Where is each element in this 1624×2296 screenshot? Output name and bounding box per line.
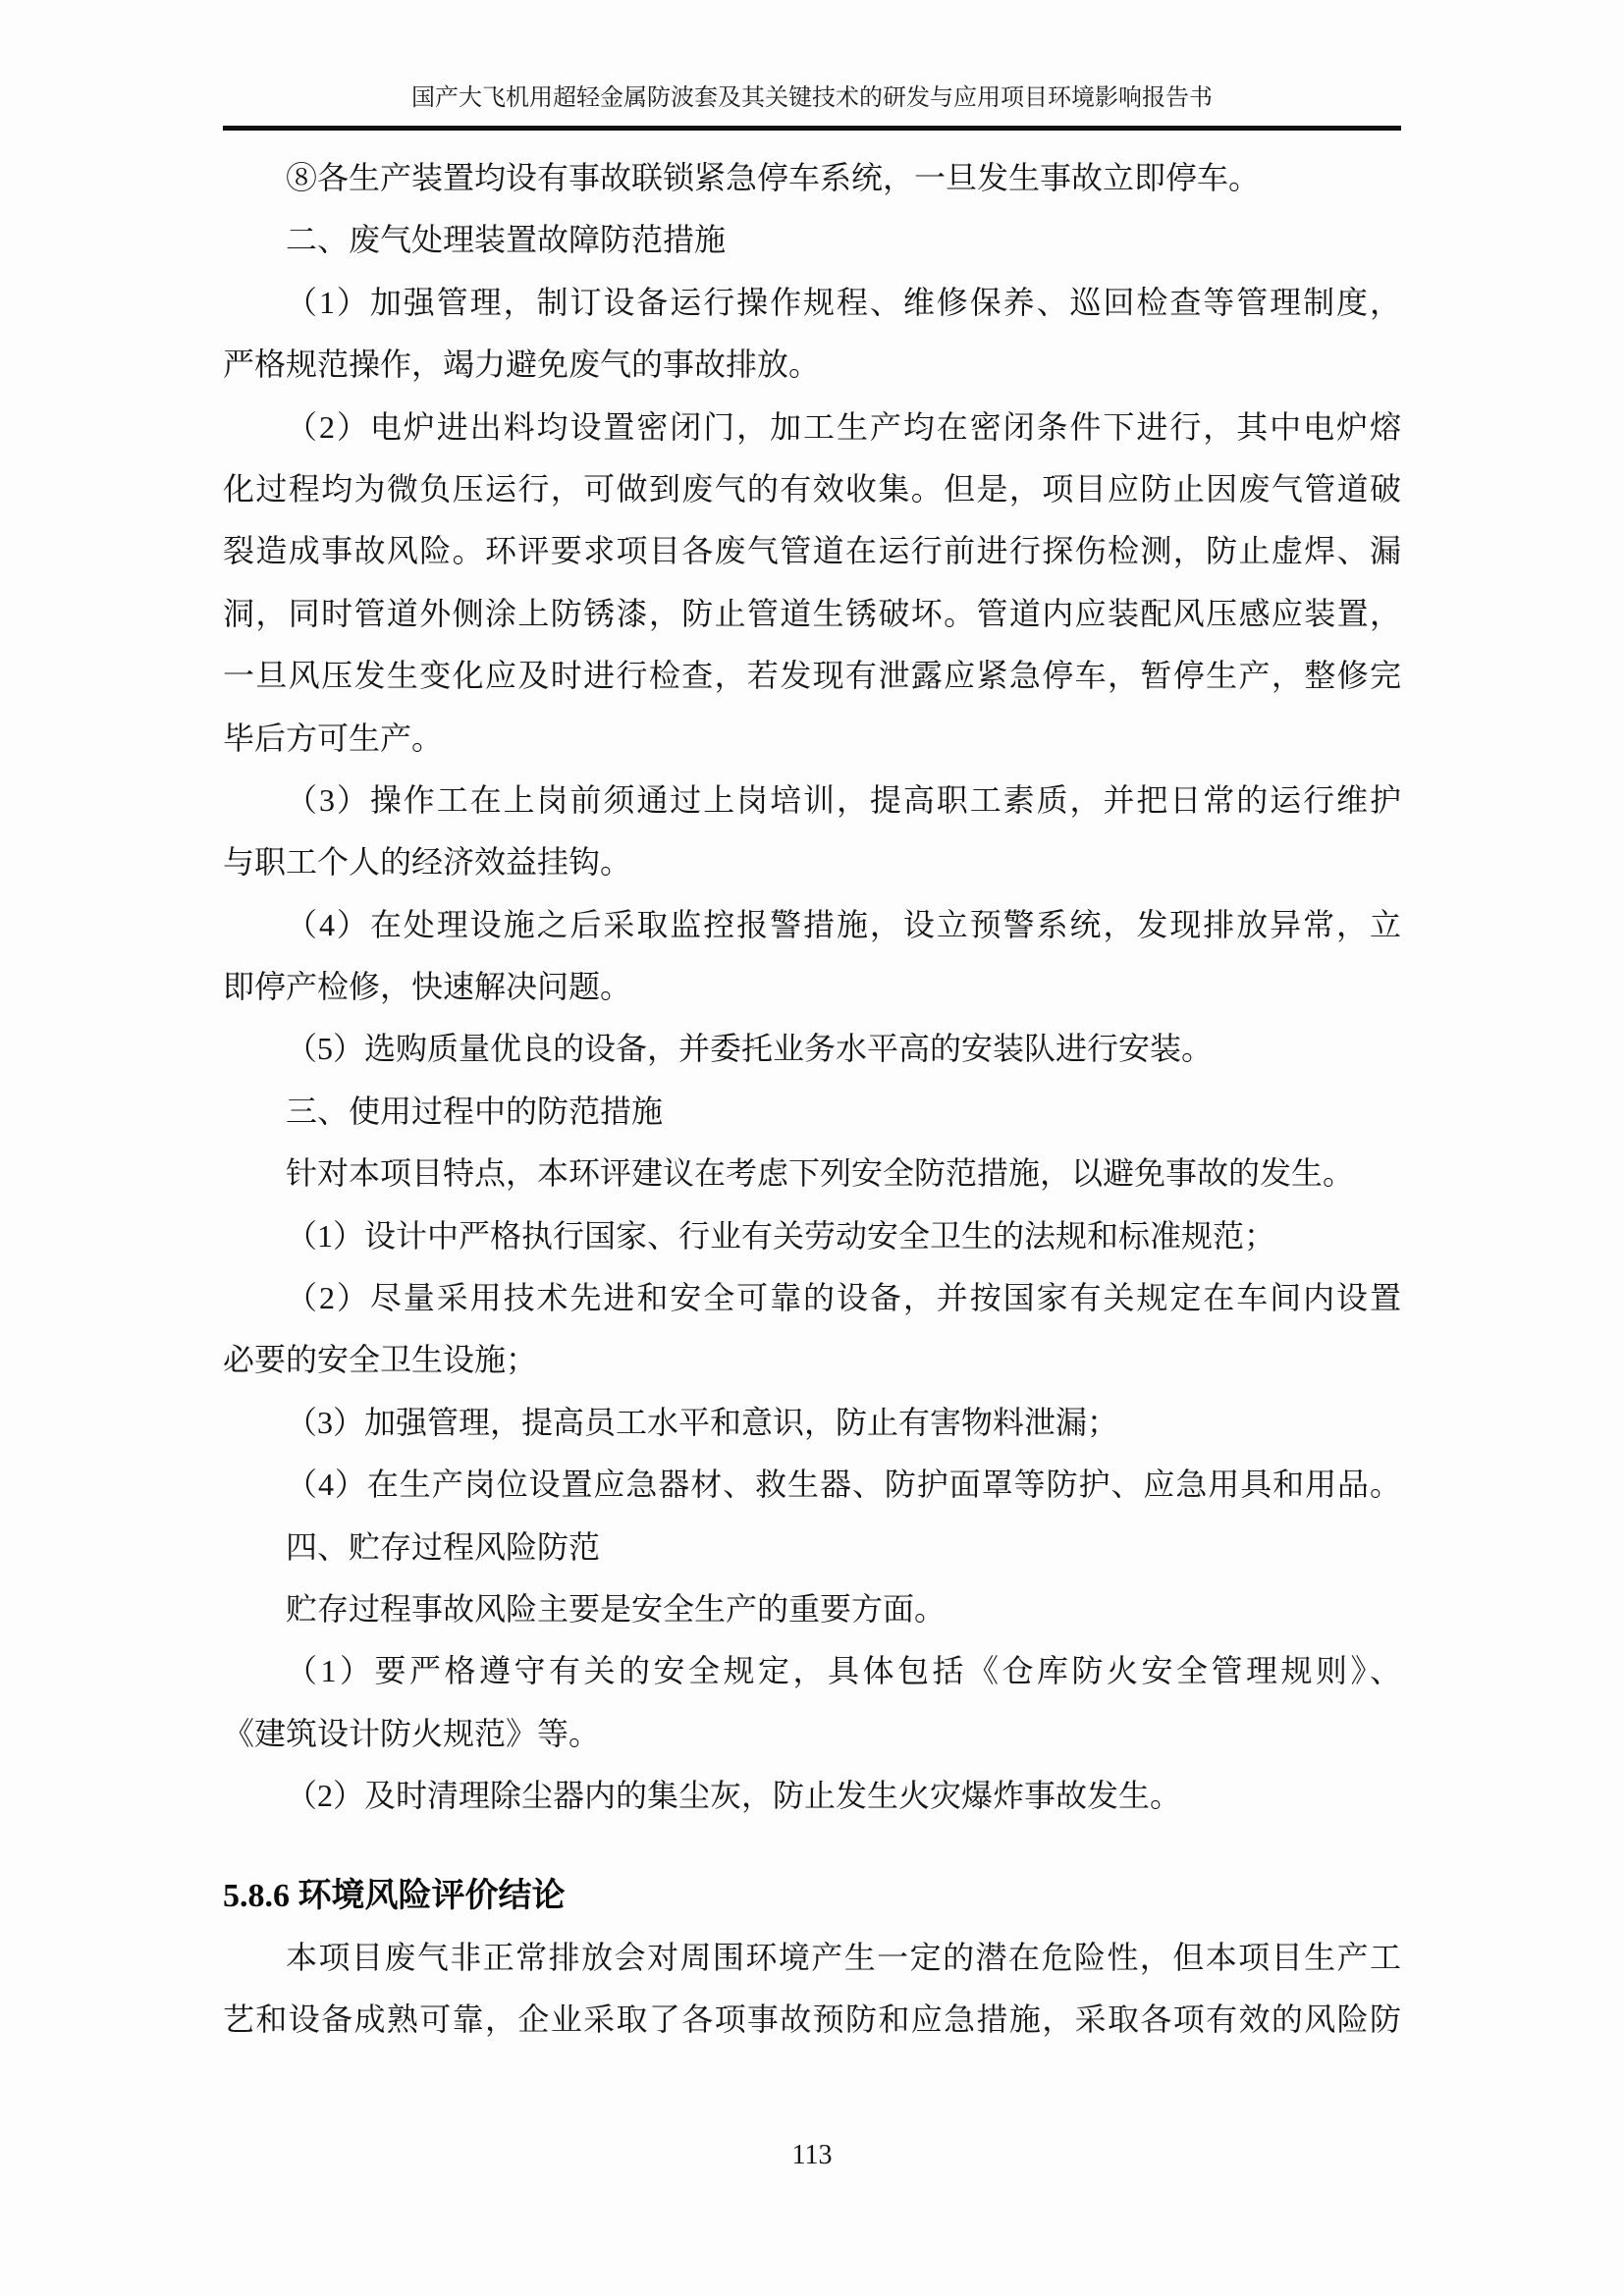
text-line: （2）电炉进出料均设置密闭门，加工生产均在密闭条件下进行，其中电炉熔	[223, 397, 1401, 458]
text-line: 洞，同时管道外侧涂上防锈漆，防止管道生锈破坏。管道内应装配风压感应装置，	[223, 583, 1401, 645]
text-line: 即停产检修，快速解决问题。	[223, 956, 1401, 1018]
text-line: （1）设计中严格执行国家、行业有关劳动安全卫生的法规和标准规范；	[223, 1205, 1401, 1267]
text-line: 必要的安全卫生设施；	[223, 1329, 1401, 1391]
text-line: 裂造成事故风险。环评要求项目各废气管道在运行前进行探伤检测，防止虚焊、漏	[223, 520, 1401, 582]
text-line: 针对本项目特点，本环评建议在考虑下列安全防范措施，以避免事故的发生。	[223, 1143, 1401, 1204]
text-line: （3）加强管理，提高员工水平和意识，防止有害物料泄漏；	[223, 1392, 1401, 1454]
text-line: （4）在处理设施之后采取监控报警措施，设立预警系统，发现排放异常，立	[223, 894, 1401, 956]
text-line: （3）操作工在上岗前须通过上岗培训，提高职工素质，并把日常的运行维护	[223, 770, 1401, 831]
text-line: 毕后方可生产。	[223, 708, 1401, 770]
text-line: 本项目废气非正常排放会对周围环境产生一定的潜在危险性，但本项目生产工	[223, 1927, 1401, 1989]
text-line: 严格规范操作，竭力避免废气的事故排放。	[223, 334, 1401, 396]
page-header-title: 国产大飞机用超轻金属防波套及其关键技术的研发与应用项目环境影响报告书	[223, 0, 1401, 126]
text-line: （1）要严格遵守有关的安全规定，具体包括《仓库防火安全管理规则》、	[223, 1640, 1401, 1702]
text-line: （1）加强管理，制订设备运行操作规程、维修保养、巡回检查等管理制度，	[223, 272, 1401, 334]
text-line: （2）及时清理除尘器内的集尘灰，防止发生火灾爆炸事故发生。	[223, 1765, 1401, 1827]
text-line: 一旦风压发生变化应及时进行检查，若发现有泄露应紧急停车，暂停生产，整修完	[223, 645, 1401, 707]
text-line: 艺和设备成熟可靠，企业采取了各项事故预防和应急措施，采取各项有效的风险防	[223, 1989, 1401, 2051]
text-line: （2）尽量采用技术先进和安全可靠的设备，并按国家有关规定在车间内设置	[223, 1267, 1401, 1329]
text-line: 三、使用过程中的防范措施	[223, 1081, 1401, 1143]
text-line: 四、贮存过程风险防范	[223, 1517, 1401, 1578]
text-line: （4）在生产岗位设置应急器材、救生器、防护面罩等防护、应急用具和用品。	[223, 1454, 1401, 1516]
text-line: 《建筑设计防火规范》等。	[223, 1703, 1401, 1765]
text-line: 与职工个人的经济效益挂钩。	[223, 831, 1401, 893]
text-line: 化过程均为微负压运行，可做到废气的有效收集。但是，项目应防止因废气管道破	[223, 458, 1401, 520]
page-number: 113	[0, 2138, 1624, 2173]
section-heading: 5.8.6 环境风险评价结论	[223, 1865, 1401, 1927]
page-content: 国产大飞机用超轻金属防波套及其关键技术的研发与应用项目环境影响报告书 ⑧各生产装…	[223, 0, 1401, 2052]
header-rule	[223, 126, 1401, 131]
text-line: 贮存过程事故风险主要是安全生产的重要方面。	[223, 1578, 1401, 1640]
text-line: ⑧各生产装置均设有事故联锁紧急停车系统，一旦发生事故立即停车。	[223, 147, 1401, 209]
document-page: 国产大飞机用超轻金属防波套及其关键技术的研发与应用项目环境影响报告书 ⑧各生产装…	[0, 0, 1624, 2296]
document-body: ⑧各生产装置均设有事故联锁紧急停车系统，一旦发生事故立即停车。二、废气处理装置故…	[223, 147, 1401, 2052]
text-line: 二、废气处理装置故障防范措施	[223, 209, 1401, 271]
text-line: （5）选购质量优良的设备，并委托业务水平高的安装队进行安装。	[223, 1018, 1401, 1080]
